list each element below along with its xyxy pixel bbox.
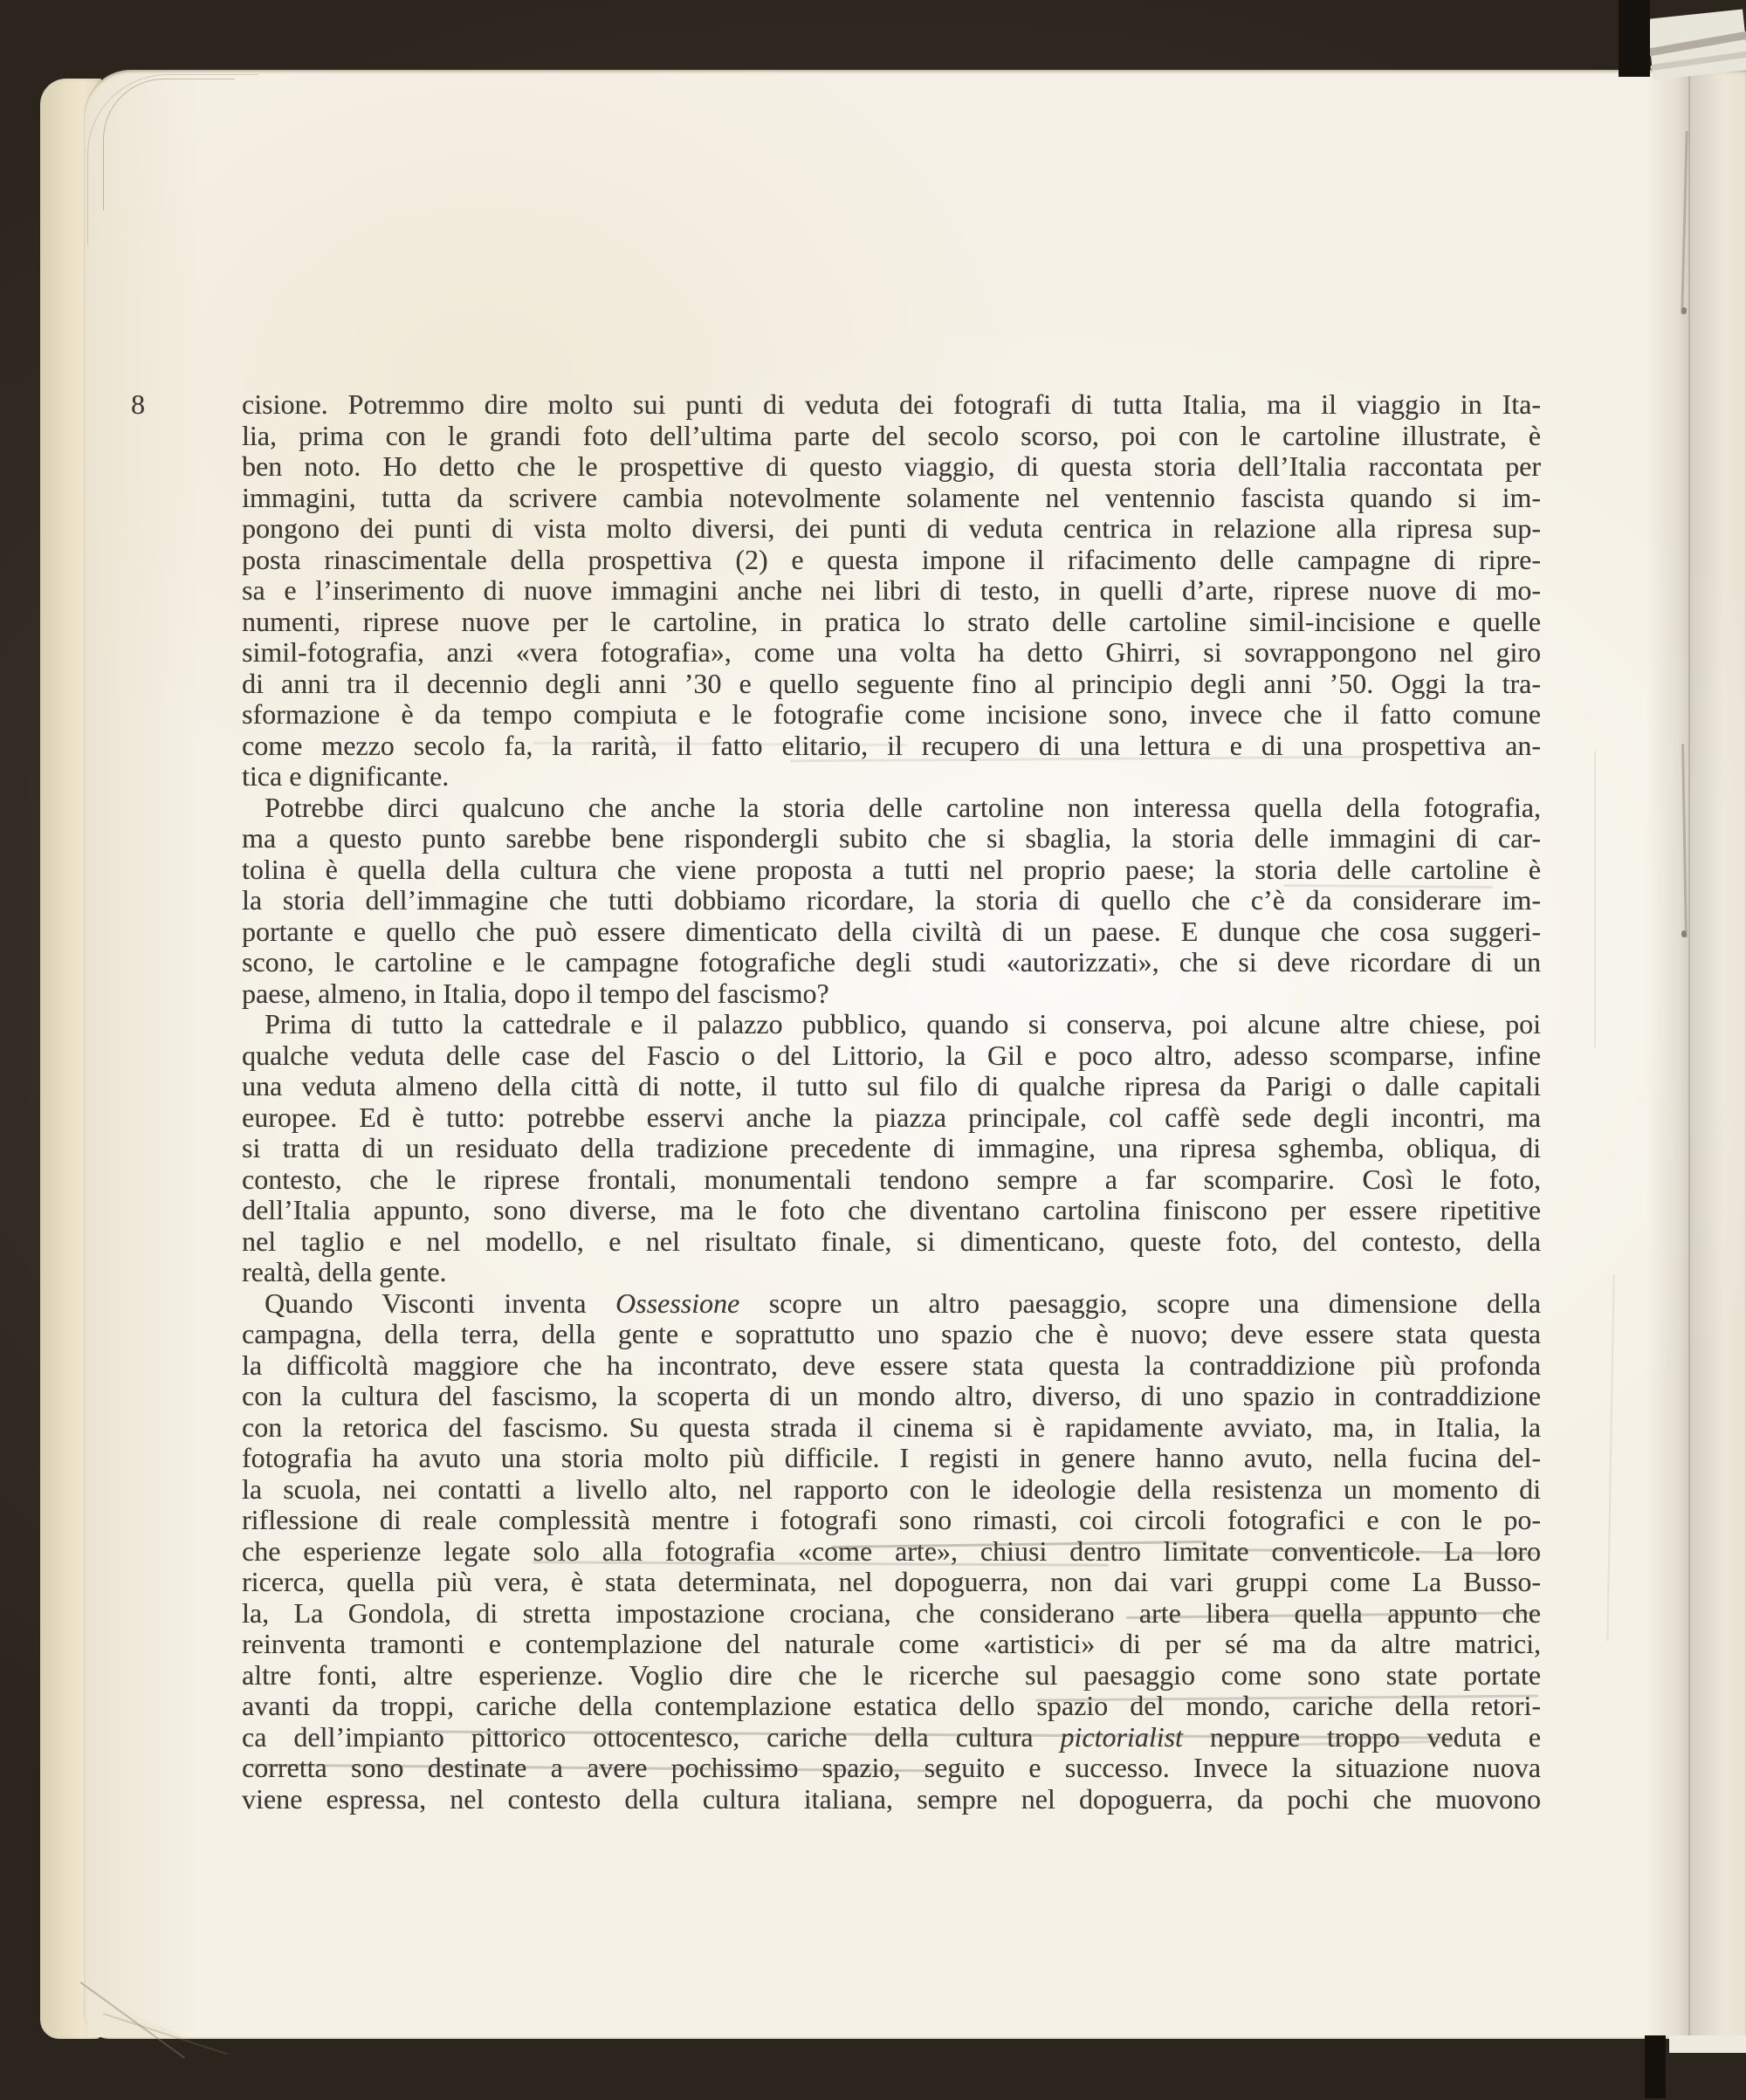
- text-line: la difficoltà maggiore che ha incontrato…: [242, 1350, 1541, 1382]
- text-line: dell’Italia appunto, sono diverse, ma le…: [242, 1195, 1541, 1226]
- text-line: paese, almeno, in Italia, dopo il tempo …: [242, 978, 1541, 1010]
- text-line: nel taglio e nel modello, e nel risultat…: [242, 1226, 1541, 1258]
- page-gap-shadow: [1619, 0, 1650, 77]
- text-line: ben noto. Ho detto che le prospettive di…: [242, 451, 1541, 483]
- text-line: di anni tra il decennio degli anni ’30 e…: [242, 669, 1541, 700]
- text-line: ricerca, quella più vera, è stata determ…: [242, 1567, 1541, 1598]
- text-line: campagna, della terra, della gente e sop…: [242, 1319, 1541, 1350]
- text-line: avanti da troppi, cariche della contempl…: [242, 1691, 1541, 1722]
- text-line: corretta sono destinate a avere pochissi…: [242, 1753, 1541, 1784]
- text-line: tolina è quella della cultura che viene …: [242, 854, 1541, 886]
- text-line: la storia dell’immagine che tutti dobbia…: [242, 885, 1541, 916]
- text-line: Prima di tutto la cattedrale e il palazz…: [242, 1009, 1541, 1040]
- text-line: riflessione di reale complessità mentre …: [242, 1505, 1541, 1536]
- text-line: come mezzo secolo fa, la rarità, il fatt…: [242, 731, 1541, 762]
- text-line: ca dell’impianto pittorico ottocentesco,…: [242, 1722, 1541, 1753]
- text-line: pongono dei punti di vista molto diversi…: [242, 513, 1541, 545]
- text-line: ma a questo punto sarebbe bene risponder…: [242, 823, 1541, 854]
- text-line: una veduta almeno della città di notte, …: [242, 1071, 1541, 1102]
- text-line: viene espressa, nel contesto della cultu…: [242, 1784, 1541, 1815]
- gutter-shadow: [1646, 70, 1723, 2039]
- text-line: lia, prima con le grandi foto dell’ultim…: [242, 421, 1541, 452]
- text-line: con la retorica del fascismo. Su questa …: [242, 1412, 1541, 1444]
- gutter-crease: [1688, 73, 1690, 2039]
- text-line: qualche veduta delle case del Fascio o d…: [242, 1040, 1541, 1072]
- text-line: Quando Visconti inventa Ossessione scopr…: [242, 1288, 1541, 1320]
- text-line: europee. Ed è tutto: potrebbe esservi an…: [242, 1102, 1541, 1134]
- text-line: tica e dignificante.: [242, 761, 1541, 793]
- scanned-book-page: 8 cisione. Potremmo dire molto sui punti…: [0, 0, 1746, 2100]
- text-line: si tratta di un residuato della tradizio…: [242, 1133, 1541, 1164]
- text-line: Potrebbe dirci qualcuno che anche la sto…: [242, 793, 1541, 824]
- text-line: la scuola, nei contatti a livello alto, …: [242, 1474, 1541, 1506]
- paper-crease: [1594, 751, 1596, 1047]
- text-line: numenti, riprese nuove per le cartoline,…: [242, 607, 1541, 638]
- text-line: sa e l’inserimento di nuove immagini anc…: [242, 575, 1541, 607]
- binding-thread-knot: [1681, 307, 1687, 314]
- text-line: portante e quello che può essere dimenti…: [242, 916, 1541, 948]
- text-line: la, La Gondola, di stretta impostazione …: [242, 1598, 1541, 1630]
- text-line: reinventa tramonti e contemplazione del …: [242, 1629, 1541, 1660]
- page-gap-shadow: [1645, 2035, 1666, 2098]
- text-line: fotografia ha avuto una storia molto più…: [242, 1443, 1541, 1474]
- text-line: altre fonti, altre esperienze. Voglio di…: [242, 1660, 1541, 1692]
- page-number: 8: [131, 389, 145, 421]
- text-line: con la cultura del fascismo, la scoperta…: [242, 1381, 1541, 1412]
- text-line: realtà, della gente.: [242, 1257, 1541, 1288]
- body-text: cisione. Potremmo dire molto sui punti d…: [242, 389, 1541, 1815]
- text-line: che esperienze legate solo alla fotograf…: [242, 1536, 1541, 1568]
- facing-page-edge: [1669, 2035, 1746, 2053]
- text-line: contesto, che le riprese frontali, monum…: [242, 1164, 1541, 1196]
- text-line: simil-fotografia, anzi «vera fotografia»…: [242, 637, 1541, 669]
- text-line: immagini, tutta da scrivere cambia notev…: [242, 483, 1541, 514]
- text-line: cisione. Potremmo dire molto sui punti d…: [242, 389, 1541, 421]
- text-line: sformazione è da tempo compiuta e le fot…: [242, 699, 1541, 731]
- text-line: posta rinascimentale della prospettiva (…: [242, 545, 1541, 576]
- text-line: scono, le cartoline e le campagne fotogr…: [242, 947, 1541, 978]
- binding-thread-knot: [1681, 930, 1687, 937]
